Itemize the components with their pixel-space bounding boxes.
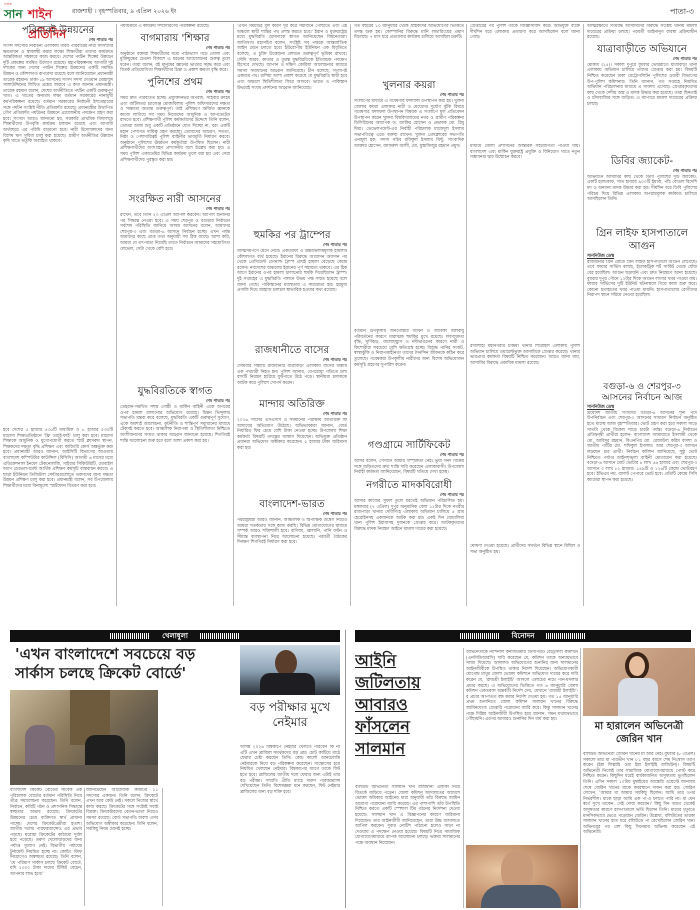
continued-label: শেষ পাতার পর	[237, 242, 347, 249]
article-column-4: গত বছরের ১০ জানুয়ারি থেকে গ্রাহকদের অভি…	[354, 24, 464, 609]
article-column-1: পরিবারই উন্নয়নের শেষ পাতার পর সংসদ সদস্…	[3, 24, 113, 609]
salman-article-body: বলিউড অভিনেতা সালমান খান রাজস্থানী এলাকা…	[355, 785, 460, 845]
headline-bangladesh-india[interactable]: বাংলাদেশ-ভারত	[237, 498, 347, 511]
headline-manda-extra[interactable]: মান্দায় অতিরিক্ত	[237, 398, 347, 411]
continued-label: শেষ পাতার পর	[587, 168, 697, 175]
page-number: পাতা-৩	[670, 6, 694, 19]
zareen-headline-wrap: মা হারালেন অভিনেত্রী জেরিন খান	[583, 720, 695, 750]
headline-ceasefire-welcome[interactable]: যুদ্ধবিরতিকে স্বাগত	[120, 385, 230, 398]
continued-label: শেষ পাতার পর	[354, 92, 464, 99]
section-label: বিনোদন	[508, 630, 539, 642]
player-jersey-shape	[260, 673, 315, 695]
bcb-article-body-continued: জানিয়েছেন আয়োজক কমিটির ১১ সদস্যের একজন…	[86, 788, 158, 908]
article-body: আত্মসমর্পণে মেনে নেবে। একতরফা ও উচ্চাভিল…	[237, 249, 347, 344]
headline-trump-threat[interactable]: হুমকির পর ট্রাম্পের	[237, 229, 347, 242]
logo-part1: সান	[4, 6, 23, 26]
entertainment-main-headline-wrap: আইনি জটিলতায় আবারও ফাঁসলেন সালমান	[355, 650, 460, 775]
article-column-5: গ্রেপ্তারের পর পুলিশ তাকে জিজ্ঞাসাবাদ কর…	[470, 24, 580, 609]
continued-label: শেষ পাতার পর	[237, 511, 347, 518]
actress-dress-shape	[618, 678, 658, 716]
continued-label: শেষ পাতার পর	[120, 45, 230, 52]
headline-zareen-khan-mother[interactable]: মা হারালেন অভিনেত্রী জেরিন খান	[583, 720, 695, 746]
article-body: সোমবার সন্ধ্যায় রাজধানীর যাত্রাবাড়ী এল…	[237, 364, 347, 398]
continued-label: শেষ পাতার পর	[354, 452, 464, 459]
headline-bagmara-education[interactable]: বাগমারায় 'শিক্ষার	[120, 32, 230, 45]
continued-label: শেষ পাতার পর	[3, 37, 113, 44]
zareen-article-body: বলিউড অভিনেত্রী জেরিন খানের মা আর নেই। ব…	[583, 752, 695, 908]
headline-bcb-circus[interactable]: 'এখন বাংলাদেশে সবচেয়ে বড় সার্কাস চলছে …	[15, 645, 233, 683]
bcb-article-body: বাংলাদেশ ক্রিকেট বোর্ডের সাবেক এক পরিচাল…	[10, 788, 82, 908]
article-body: মোকাব (২৫)। সকাল দুপুরে বুধবার ভোররাতে য…	[587, 63, 697, 153]
section-header-entertainment: বিনোদন	[355, 630, 691, 642]
actor-suit-shape	[481, 885, 561, 908]
decorative-stripes	[200, 633, 240, 639]
article-body: আত্মরক্ষার্থে সংঘবদ্ধ আসামিদের বিরুদ্ধে …	[587, 24, 697, 41]
continued-label: শেষ পাতার পর	[587, 56, 697, 63]
newspaper-logo[interactable]: দৈনিক সান শাইন প্রতিদিন	[4, 2, 60, 19]
bcb-meeting-photo	[10, 690, 158, 785]
column-divider	[84, 788, 85, 906]
continued-label: শেষ পাতার পর	[120, 398, 230, 405]
salman-khan-photo	[466, 845, 578, 908]
article-body: সংসদ সদস্যের নির্বাচনী এলাকায় গরিব পরিব…	[3, 44, 113, 424]
section-header-sports: খেলাধুলা	[10, 630, 340, 642]
sports-second-headline-wrap: বড় পরীক্ষার মুখে নেইমার	[240, 700, 340, 740]
article-body: 'এখন সময়টির মূল কারণ দূর করে সমাধানে পৌ…	[237, 24, 347, 229]
decorative-stripes	[110, 633, 150, 639]
section-divider	[345, 630, 346, 908]
salman-article-continued: অভিনেতাকে ন্যাশনাল কনজিউমার ডিসপিউট রেড্…	[466, 650, 578, 840]
article-body: সময় দ্রুত পরিবর্তিত হচ্ছে। প্রযুক্তিনির…	[120, 96, 230, 191]
article-body: আসর বলেন, সেখানে আমার সম্পৃক্ততা নেই। ভু…	[354, 459, 464, 479]
article-column-6: আত্মরক্ষার্থে সংঘবদ্ধ আসামিদের বিরুদ্ধে …	[587, 24, 697, 609]
article-body: পর্যায়ক্রমে এ কার্যক্রম সম্প্রসারণের পর…	[120, 24, 230, 30]
zareen-khan-photo	[583, 648, 695, 716]
article-body: গ্রেপ্তারের পর পুলিশ তাকে জিজ্ঞাসাবাদ কর…	[470, 24, 580, 144]
table-shape	[10, 765, 158, 785]
article-body: সংলাপের মাধ্যমে এ গবেষণার ফলাফল উপস্থাপন…	[354, 99, 464, 329]
continued-label: শেষ পাতার পর	[120, 89, 230, 96]
column-divider	[116, 24, 117, 606]
decorative-stripes	[546, 633, 586, 639]
column-divider	[466, 24, 467, 606]
continued-label: শেষ পাতার পর	[237, 411, 347, 418]
masthead: দৈনিক সান শাইন প্রতিদিন রাজশাহী । বৃহস্প…	[0, 0, 700, 22]
headline-khulna-koyra[interactable]: খুলনার কয়রা	[354, 79, 464, 92]
byline: সাননিউজ ডেস্ক	[587, 253, 697, 260]
column-divider	[350, 24, 351, 606]
article-body: ত্রয়োদশ জাতীয় সংসদের বগুড়া-৬ আসনের শূ…	[587, 411, 697, 484]
dateline: রাজশাহী । বৃহস্পতিবার, ৯ এপ্রিল ২০২৬ ইং	[72, 6, 176, 17]
headline-green-life-fire[interactable]: গ্রিন লাইফ হাসপাতালে আগুন	[587, 227, 697, 253]
section-label: খেলাধুলা	[158, 630, 192, 642]
article-body: রাখেন, তবে তিনি ২৩ এপ্রিল আপিল করবেন। আপ…	[120, 213, 230, 383]
neymar-article-body: আসন্ন ২০২৬ বিশ্বকাপে নেইমার খেলতে পারবেন…	[240, 745, 340, 905]
headline-bogura-sherpur-election[interactable]: বগুড়া-৬ ও শেরপুর-৩ আসনের নির্বাচন আজ	[587, 382, 697, 404]
headline-certificate[interactable]: গণ্ডগ্রামে সার্টিফিকেট	[354, 439, 464, 452]
headline-family-development[interactable]: পরিবারই উন্নয়নের	[3, 24, 113, 37]
continued-label: শেষ পাতার পর	[120, 206, 230, 213]
article-column-3: 'এখন সময়টির মূল কারণ দূর করে সমাধানে পৌ…	[237, 24, 347, 609]
article-body: আসার কাজের সুফল তুলে ধরতেই অভিযান পরিচাল…	[354, 499, 464, 533]
sports-main-headline-wrap: 'এখন বাংলাদেশে সবচেয়ে বড় সার্কাস চলছে …	[15, 645, 233, 685]
continued-label: শেষ পাতার পর	[354, 492, 464, 499]
person-shape	[25, 725, 55, 770]
neymar-photo	[240, 645, 340, 695]
continued-label: শেষ পাতার পর	[237, 357, 347, 364]
article-body: তেহরান-সমর্থিত সশস্ত্র গোষ্ঠী ও মার্কিন …	[120, 405, 230, 444]
article-body: মাধ্যমে জেলা প্রশাসনের আন্তরিক সহযোগিতা …	[470, 144, 580, 344]
article-body: রাজধানীর গ্রিন রোডে গ্রিন লাইফ হাসপাতালে…	[587, 260, 697, 380]
headline-jatrabari-raid[interactable]: যাত্রাবাড়ীতে অভিযানে	[587, 43, 697, 56]
headline-capital-bus[interactable]: রাজধানীতে বাসের	[237, 344, 347, 357]
headline-salman-legal[interactable]: আইনি জটিলতায় আবারও ফাঁসলেন সালমান	[355, 650, 460, 760]
article-body: অনুষ্ঠানে বক্তারা শিক্ষার্থীদের মধ্যে পা…	[120, 52, 230, 74]
byline: সাননিউজ ডেস্ক	[587, 404, 697, 411]
column-divider	[580, 648, 581, 908]
headline-reserved-women-seats[interactable]: সংরক্ষিত নারী আসনের	[120, 193, 230, 206]
article-body: বর্তমান উপকূলীয় জনগোষ্ঠীর জীবন ও জীবিকা…	[354, 329, 464, 439]
headline-police-first[interactable]: পুলিশের প্রথম	[120, 76, 230, 89]
column-divider	[583, 24, 584, 606]
article-body: অভিযানে আসামির কাছ থেকে ডিবি পুলিশের দুট…	[587, 175, 697, 225]
article-body: রাজশাহী মহানগরীর চন্দ্রিমা থানার শিরোইল …	[470, 344, 580, 544]
article-body: পররাষ্ট্রমন্ত্রী আরও জানান, আঞ্চলিক ও দ্…	[237, 518, 347, 563]
headline-neymar-test[interactable]: বড় পরীক্ষার মুখে নেইমার	[240, 700, 340, 730]
column-divider	[162, 788, 163, 906]
article-column-2: পর্যায়ক্রমে এ কার্যক্রম সম্প্রসারণের পর…	[120, 24, 230, 609]
article-body: ২০২৬ সালের এসএসসি ও সমমানের পরীক্ষায় অত…	[237, 418, 347, 498]
headline-db-jacket[interactable]: ডিবির জ্যাকেট-	[587, 155, 697, 168]
column-divider	[233, 24, 234, 606]
article-body: ঘোষণা দেওয়া হয়েছে। প্রার্থীদের সমর্থনে…	[470, 544, 580, 555]
article-body: গত বছরের ১০ জানুয়ারি থেকে গ্রাহকদের অভি…	[354, 24, 464, 79]
actress-face-shape	[629, 656, 645, 676]
article-body: হবে দেশের ৫ হাজার ৫৩৫টি মাধ্যমিক ও ৮ হাজ…	[3, 428, 113, 490]
column-divider	[463, 648, 464, 908]
headline-anti-drug[interactable]: নগরীতে মাদকবিরোধী	[354, 479, 464, 492]
decorative-stripes	[460, 633, 500, 639]
